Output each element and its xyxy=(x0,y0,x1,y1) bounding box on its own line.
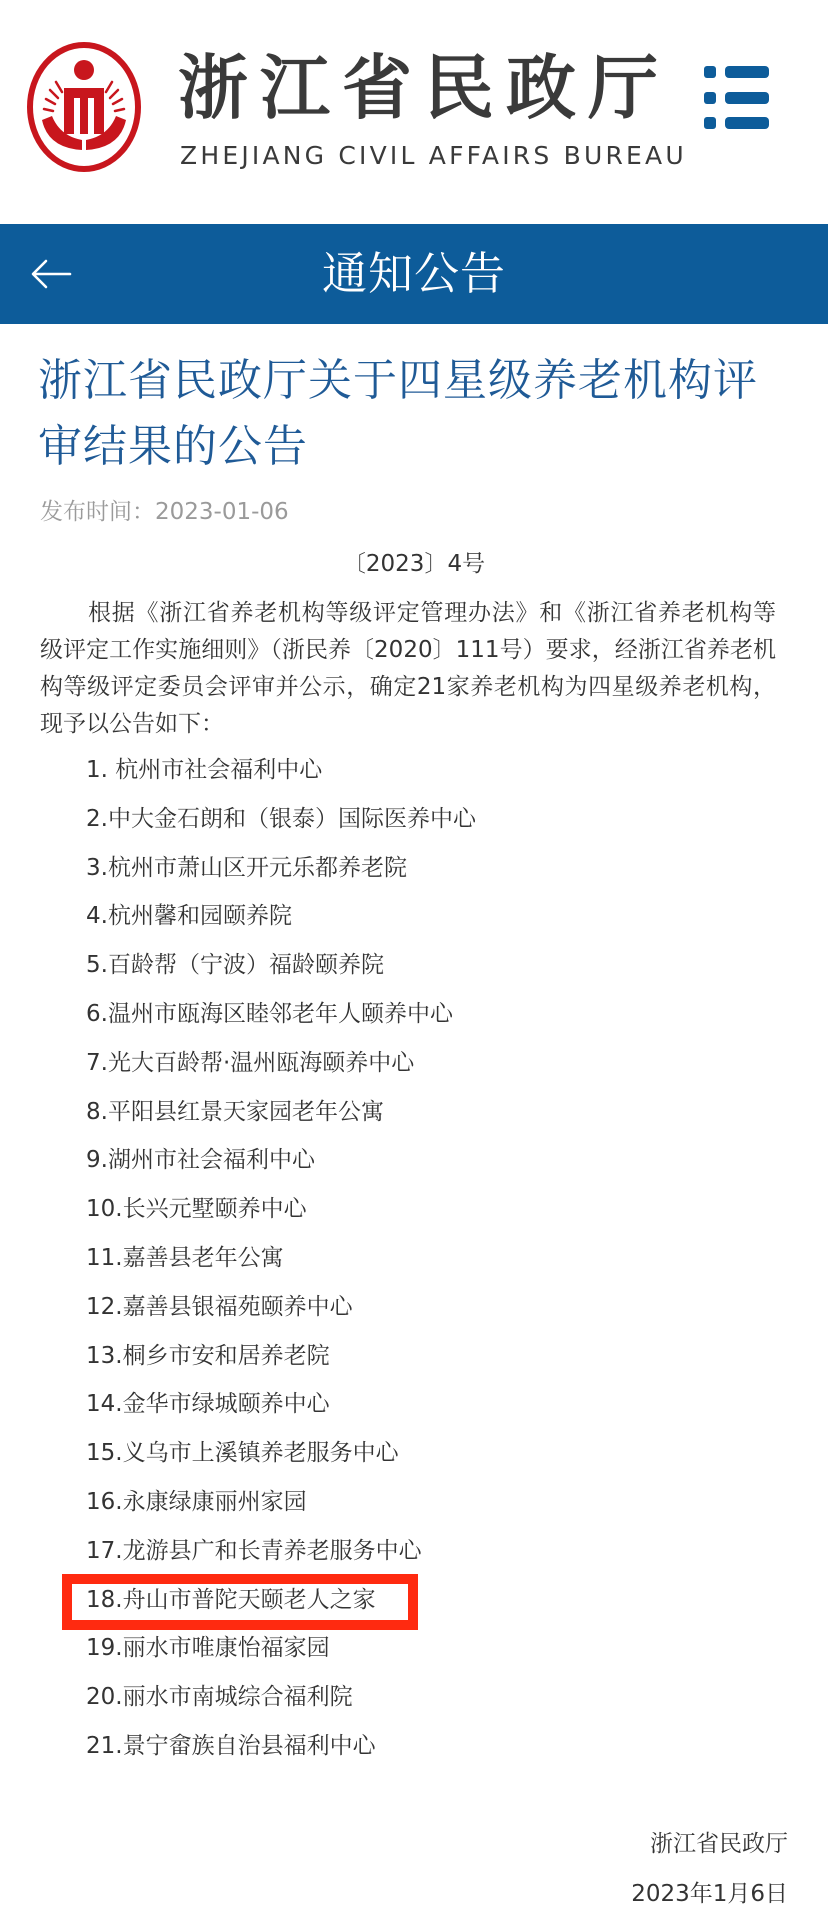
publish-date: 发布时间：2023-01-06 xyxy=(40,496,289,528)
brand-name-cn: 浙江省民政厅 xyxy=(178,46,678,130)
signature-date: 2023年1月6日 xyxy=(631,1878,788,1910)
list-item: 16.永康绿康丽州家园 xyxy=(86,1484,786,1533)
back-button[interactable] xyxy=(24,254,80,294)
institution-list: 1. 杭州市社会福利中心 2.中大金石朗和（银泰）国际医养中心 3.杭州市萧山区… xyxy=(86,752,786,1777)
list-item: 15.义乌市上溪镇养老服务中心 xyxy=(86,1435,786,1484)
section-title: 通知公告 xyxy=(0,224,828,324)
list-item: 17.龙游县广和长青养老服务中心 xyxy=(86,1533,786,1582)
document-number: 〔2023〕4号 xyxy=(0,548,828,580)
list-item: 3.杭州市萧山区开元乐都养老院 xyxy=(86,850,786,899)
emblem-logo-icon[interactable] xyxy=(26,42,142,172)
list-item: 5.百龄帮（宁波）福龄颐养院 xyxy=(86,947,786,996)
list-item: 20.丽水市南城综合福利院 xyxy=(86,1679,786,1728)
list-item: 8.平阳县红景天家园老年公寓 xyxy=(86,1094,786,1143)
list-item: 6.温州市瓯海区睦邻老年人颐养中心 xyxy=(86,996,786,1045)
menu-button[interactable] xyxy=(700,62,772,138)
list-item: 7.光大百龄帮·温州瓯海颐养中心 xyxy=(86,1045,786,1094)
list-item-highlighted: 18.舟山市普陀天颐老人之家 xyxy=(86,1582,786,1631)
list-item: 1. 杭州市社会福利中心 xyxy=(86,752,786,801)
list-item: 2.中大金石朗和（银泰）国际医养中心 xyxy=(86,801,786,850)
signature-organization: 浙江省民政厅 xyxy=(650,1828,788,1860)
list-item: 10.长兴元墅颐养中心 xyxy=(86,1191,786,1240)
brand-name-en: ZHEJIANG CIVIL AFFAIRS BUREAU xyxy=(180,140,680,172)
list-item: 21.景宁畲族自治县福利中心 xyxy=(86,1728,786,1777)
site-header: 浙江省民政厅 ZHEJIANG CIVIL AFFAIRS BUREAU xyxy=(0,0,828,224)
arrow-left-icon xyxy=(24,254,80,294)
list-item: 13.桐乡市安和居养老院 xyxy=(86,1338,786,1387)
list-item: 9.湖州市社会福利中心 xyxy=(86,1142,786,1191)
list-item: 12.嘉善县银福苑颐养中心 xyxy=(86,1289,786,1338)
list-item: 11.嘉善县老年公寓 xyxy=(86,1240,786,1289)
list-item: 4.杭州馨和园颐养院 xyxy=(86,898,786,947)
list-item: 19.丽水市唯康怡福家园 xyxy=(86,1630,786,1679)
list-item: 14.金华市绿城颐养中心 xyxy=(86,1386,786,1435)
article-title: 浙江省民政厅关于四星级养老机构评审结果的公告 xyxy=(38,348,798,480)
intro-paragraph: 根据《浙江省养老机构等级评定管理办法》和《浙江省养老机构等级评定工作实施细则》（… xyxy=(40,595,776,743)
